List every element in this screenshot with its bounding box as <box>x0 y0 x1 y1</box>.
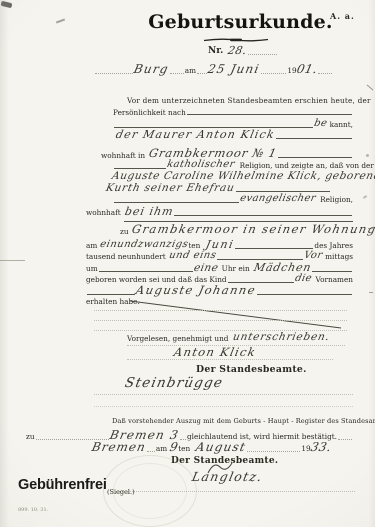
scan-artifact-dash <box>56 19 65 24</box>
fill-line <box>276 138 352 139</box>
birthday-value: einundzwanzigs <box>99 240 189 250</box>
hour-value: eine <box>192 263 218 274</box>
ruled-line <box>94 394 353 395</box>
wohnhaft-value: bei ihm <box>124 206 175 217</box>
tausend-label: tausend neunhundert <box>86 253 166 261</box>
fill-line <box>278 157 352 158</box>
registrar-signature: Steinbrügge <box>124 377 225 391</box>
intro-line2-row: Persönlichkeit nach <box>113 109 353 117</box>
fill-line <box>217 259 303 260</box>
fill-line <box>187 114 352 115</box>
birthyear-value: und eins <box>168 251 217 261</box>
fill-line <box>197 73 207 74</box>
residence-value: Grambkermoor № 1 <box>148 148 278 160</box>
cert-place-value: Bremen <box>91 441 147 453</box>
fill-line <box>170 73 184 74</box>
vornamen-label: Vornamen <box>316 276 353 284</box>
date-line-row: Burg am 25 Juni 19 01. <box>94 63 333 75</box>
declarant-row: der Maurer Anton Klick <box>116 129 353 140</box>
unterschrieben-value: unterschrieben. <box>232 332 331 343</box>
religion1-print: Religion, und zeigte an, daß von der <box>240 162 374 170</box>
ruled-line <box>94 320 347 321</box>
declarant-signature: Anton Klick <box>173 347 257 359</box>
ruled-line <box>94 406 353 407</box>
die-value: die <box>294 274 313 284</box>
birthplace-row: zu Grambkermoor in seiner Wohnung <box>120 224 353 236</box>
firstnames-row: Auguste Johanne <box>86 285 353 297</box>
issue-place: Burg <box>133 63 170 75</box>
fill-line <box>235 248 313 249</box>
wohnhaft-in-label: wohnhaft in <box>101 152 145 160</box>
des-jahres-label: des Jahres <box>314 242 353 250</box>
fill-line <box>248 54 277 55</box>
fill-line <box>114 168 166 169</box>
cert-month-value: August <box>195 441 248 453</box>
ruled-line <box>94 310 347 311</box>
uhr-ein-label: Uhr ein <box>222 265 250 273</box>
cert-ten-label: ten <box>178 445 190 453</box>
fill-line <box>87 294 135 295</box>
nr-label: Nr. <box>208 47 223 56</box>
record-number-row: Nr. 28. <box>208 45 278 56</box>
am-label-2: am <box>86 242 97 250</box>
wohnhaft-label: wohnhaft <box>86 209 121 217</box>
fill-line <box>147 451 155 452</box>
fill-line <box>312 271 352 272</box>
fill-line <box>114 202 239 203</box>
vor-value: Vor <box>303 251 323 261</box>
birth-certificate-scan: A. a. Geburtsurkunde. Nr. 28. Burg am 25… <box>0 0 375 527</box>
nr-value: 28. <box>227 45 248 56</box>
birthmonth-value: Juni <box>205 239 235 250</box>
fill-line <box>174 215 352 216</box>
scan-artifact-left-dash <box>0 260 25 261</box>
birthyear-row: tausend neunhundert und eins Vor mittags <box>86 251 353 261</box>
fee-stamp: Gebührenfrei <box>18 477 107 493</box>
firstnames-value: Auguste Johanne <box>135 285 257 297</box>
certification-date-row: Bremen am 9 ten August 19 33. <box>92 441 331 453</box>
zu-label: zu <box>120 228 129 236</box>
mother-maiden-name: Kurth seiner Ehefrau <box>105 183 236 194</box>
scan-artifact-right-speck1 <box>366 154 369 157</box>
vorgelesen-label: Vorgelesen, genehmigt und <box>127 335 228 343</box>
scan-artifact-right-tick1 <box>367 85 374 91</box>
fill-line <box>318 73 332 74</box>
ruled-line <box>116 491 355 492</box>
mother2-row: Kurth seiner Ehefrau <box>106 183 331 194</box>
cert-year-value: 33. <box>309 441 332 453</box>
known-handwritten: be <box>313 119 328 129</box>
fill-line <box>236 191 330 192</box>
intro-line1: Vor dem unterzeichneten Standesbeamten e… <box>127 97 371 105</box>
cert-am-label: am <box>156 445 167 453</box>
birthplace-value: Grambkermoor in seiner Wohnung <box>130 224 375 236</box>
religion2-print: Religion, <box>320 196 353 204</box>
known-print: kannt, <box>330 121 353 129</box>
religion2-row: evangelischer Religion, <box>113 194 353 204</box>
fill-line <box>99 271 193 272</box>
um-label: um <box>86 265 98 273</box>
registrar2-signature: Langlotz. <box>191 471 264 484</box>
certification-office-row: zu Bremen 3 gleichlautend ist, wird hier… <box>26 429 353 441</box>
print-code: 899. 10. 31. <box>18 507 48 513</box>
seal-label: (Siegel.) <box>107 489 135 496</box>
fill-line <box>95 73 133 74</box>
cert-zu-label: zu <box>26 433 35 441</box>
declarant-name: der Maurer Anton Klick <box>115 129 276 140</box>
mother-name: Auguste Caroline Wilhelmine Klick, gebor… <box>111 171 375 182</box>
ruled-line <box>127 359 333 360</box>
scan-artifact-corner <box>1 1 13 9</box>
registrar-heading: Der Standesbeamte. <box>196 365 307 375</box>
fill-line <box>247 451 300 452</box>
certification-line1: Daß vorstehender Auszug mit dem Geburts … <box>112 418 375 425</box>
child-sex-value: Mädchen <box>253 262 313 273</box>
document-title: Geburtsurkunde. <box>106 11 375 33</box>
mother-row: Auguste Caroline Wilhelmine Klick, gebor… <box>112 171 353 182</box>
void-strike-line <box>128 297 344 333</box>
religion2-value: evangelischer <box>239 194 317 204</box>
am-label: am <box>185 67 196 75</box>
title-divider <box>203 37 269 43</box>
mittags-label: mittags <box>325 253 353 261</box>
residence-row: wohnhaft in Grambkermoor № 1 <box>101 148 353 160</box>
fill-line <box>338 439 352 440</box>
issue-date: 25 Juni <box>207 63 261 75</box>
birthday-row: am einundzwanzigs ten Juni des Jahres <box>86 239 353 250</box>
religion1-row: katholischer Religion, und zeigte an, da… <box>113 160 353 170</box>
religion1-value: katholischer <box>166 160 236 170</box>
fill-line <box>180 439 186 440</box>
fill-line <box>261 73 287 74</box>
ten-label: ten <box>188 242 200 250</box>
wohnhaft-bei-row: wohnhaft bei ihm <box>86 206 353 217</box>
scan-artifact-right-speck2 <box>363 195 367 199</box>
birth-hour-row: um eine Uhr ein Mädchen <box>86 262 353 273</box>
issue-year: 01. <box>295 63 318 75</box>
persoenlichkeit-label: Persönlichkeit nach <box>113 109 186 117</box>
scan-artifact-right-tick3 <box>369 292 373 293</box>
vorgelesen-row: Vorgelesen, genehmigt und unterschrieben… <box>127 332 315 343</box>
fill-line <box>257 294 352 295</box>
